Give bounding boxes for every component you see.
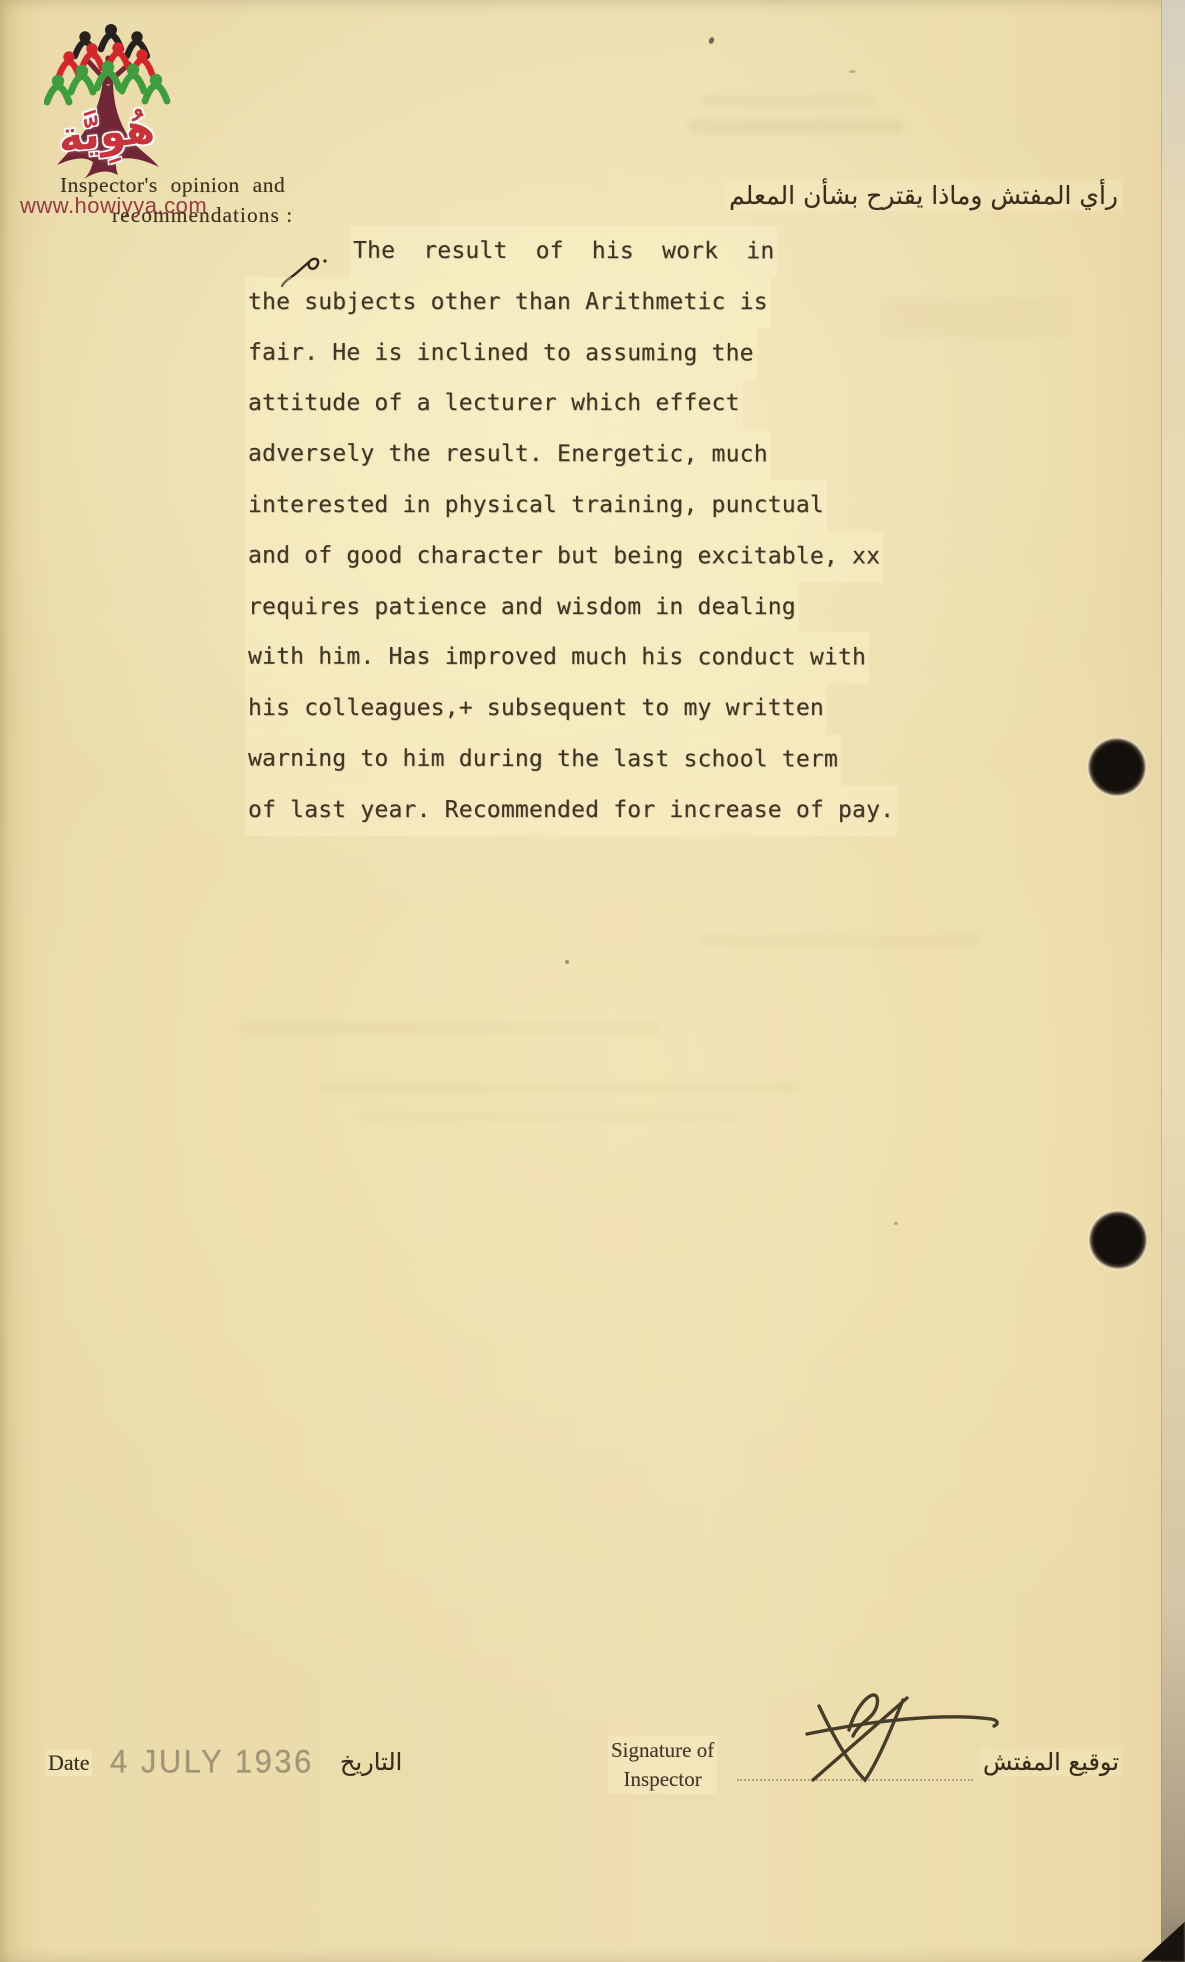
logo-arabic-calligraphy: هُوِيَّة	[56, 107, 157, 159]
typed-line: interested in physical training, punctua…	[245, 480, 827, 531]
typed-line: his colleagues,+ subsequent to my writte…	[245, 683, 827, 734]
signature-label-line1: Signature of	[611, 1736, 714, 1765]
bleed-through-mark	[320, 1082, 800, 1094]
typed-line: warning to him during the last school te…	[245, 734, 841, 786]
typed-line: requires patience and wisdom in dealing	[245, 582, 799, 633]
typed-line: the subjects other than Arithmetic is	[245, 277, 771, 328]
signature-label: Signature of Inspector	[608, 1736, 717, 1794]
bleed-through-mark	[688, 120, 903, 133]
typed-line: adversely the result. Energetic, much	[245, 429, 771, 481]
dust-speck	[565, 960, 569, 964]
typed-line: and of good character but being excitabl…	[245, 530, 883, 582]
date-label: Date	[46, 1750, 92, 1776]
dust-speck	[849, 70, 856, 73]
signature-label-line2: Inspector	[611, 1765, 714, 1794]
hole-punch	[1088, 1210, 1148, 1270]
header-english-line2: recommendations :	[112, 203, 293, 228]
typed-line: of last year. Recommended for increase o…	[245, 785, 897, 836]
signature-label-arabic: توقيع المفتش	[980, 1748, 1122, 1776]
bleed-through-mark	[700, 935, 980, 947]
typed-line: fair. He is inclined to assuming the	[245, 327, 757, 379]
header-arabic: رأي المفتش وماذا يقترح بشأن المعلم	[725, 180, 1122, 211]
bleed-through-mark	[360, 1112, 740, 1122]
typed-line: attitude of a lecturer which effect	[245, 378, 743, 429]
dust-speck	[708, 36, 715, 44]
date-stamp: 4 JULY 1936	[110, 1743, 314, 1780]
header-english-line1: Inspector's opinion and	[60, 173, 285, 198]
typed-line: The result of his work in	[350, 226, 777, 277]
scan-page-edge	[1161, 0, 1185, 1962]
typed-report-body: The result of his work in the subjects o…	[245, 226, 897, 836]
typed-line: with him. Has improved much his conduct …	[245, 632, 869, 684]
date-label-arabic: التاريخ	[340, 1748, 402, 1776]
hole-punch	[1087, 737, 1147, 797]
bleed-through-mark	[880, 298, 1070, 338]
bleed-through-mark	[700, 96, 875, 107]
document-page: هُوِيَّة www.howiyya.com Inspector's opi…	[0, 0, 1185, 1962]
bleed-through-mark	[240, 1022, 660, 1034]
dust-speck	[894, 1222, 898, 1225]
